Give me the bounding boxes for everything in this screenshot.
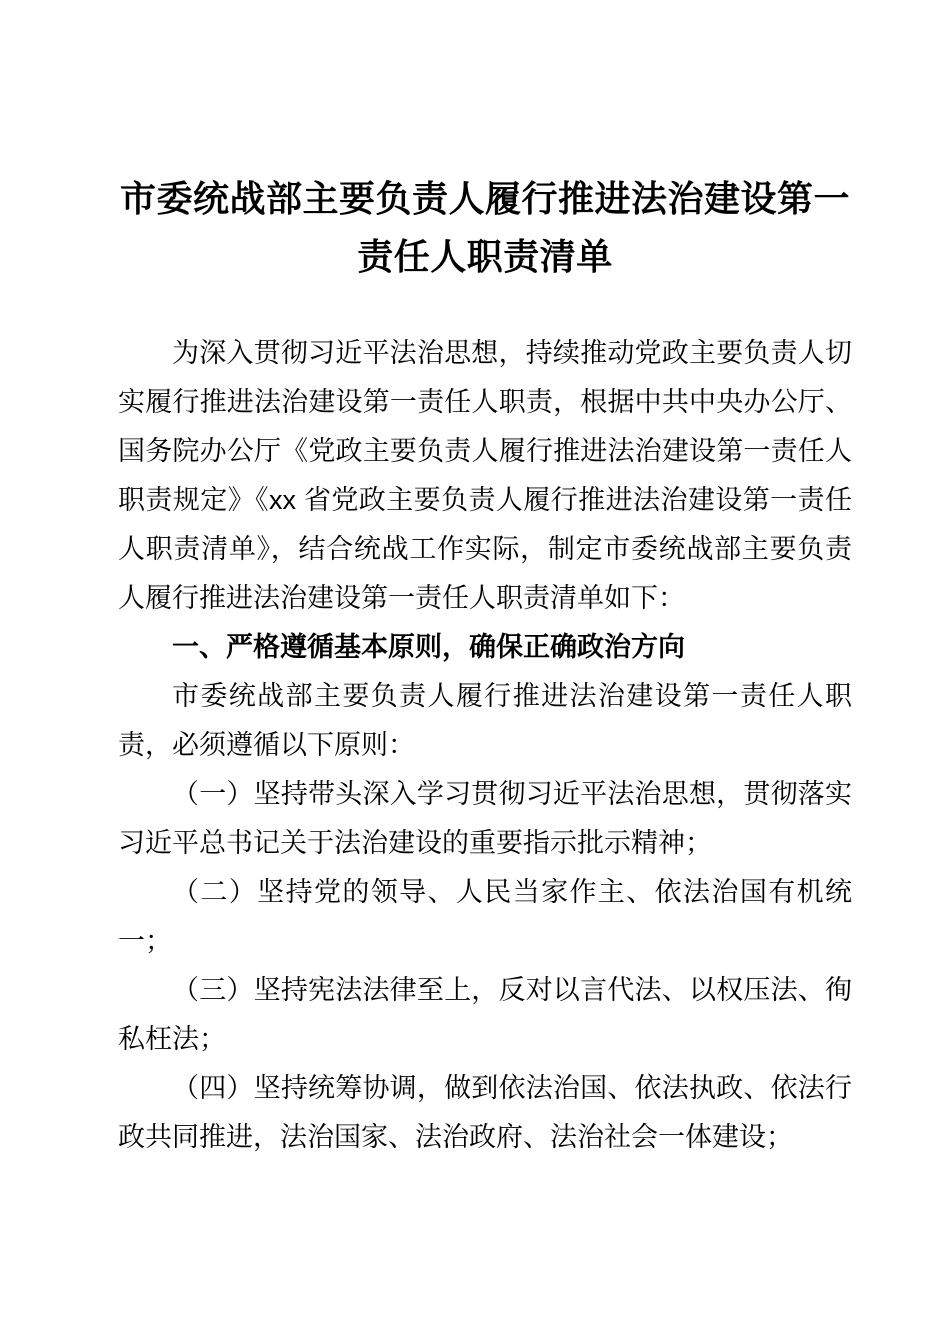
paragraph-principle-4: （四）坚持统筹协调，做到依法治国、依法执政、依法行政共同推进，法治国家、法治政府… xyxy=(118,1064,852,1162)
document-body: 为深入贯彻习近平法治思想，持续推动党政主要负责人切实履行推进法治建设第一责任人职… xyxy=(118,329,852,1162)
document-title: 市委统战部主要负责人履行推进法治建设第一责任人职责清单 xyxy=(118,170,852,286)
paragraph-principles-lead: 市委统战部主要负责人履行推进法治建设第一责任人职责，必须遵循以下原则： xyxy=(118,672,852,770)
paragraph-intro: 为深入贯彻习近平法治思想，持续推动党政主要负责人切实履行推进法治建设第一责任人职… xyxy=(118,329,852,623)
paragraph-principle-2: （二）坚持党的领导、人民当家作主、依法治国有机统一； xyxy=(118,868,852,966)
section-heading-1: 一、严格遵循基本原则，确保正确政治方向 xyxy=(118,623,852,672)
paragraph-principle-1: （一）坚持带头深入学习贯彻习近平法治思想，贯彻落实习近平总书记关于法治建设的重要… xyxy=(118,770,852,868)
document-page: 市委统战部主要负责人履行推进法治建设第一责任人职责清单 为深入贯彻习近平法治思想… xyxy=(0,0,950,1344)
paragraph-principle-3: （三）坚持宪法法律至上，反对以言代法、以权压法、徇私枉法； xyxy=(118,966,852,1064)
